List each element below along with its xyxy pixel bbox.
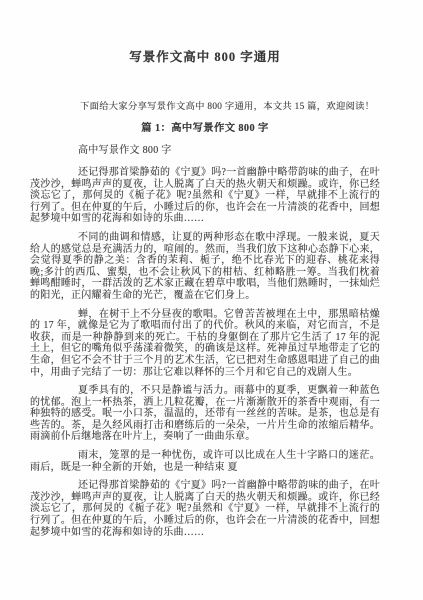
intro-text: 下面给大家分享写景作文高中 800 字通用，本文共 15 篇，欢迎阅读！ <box>30 101 380 113</box>
essay-paragraph: 还记得那首梁静茹的《宁夏》吗?一首幽静中略带韵味的曲子，在叶茂沙沙，蝉鸣声声的夏… <box>30 480 380 538</box>
essay-paragraph: 还记得那首梁静茹的《宁夏》吗?一首幽静中略带韵味的曲子，在叶茂沙沙，蝉鸣声声的夏… <box>30 167 380 225</box>
essay-paragraph: 不同的曲调和情感，让夏的两种形态在歌中浮现。一般来说，夏天给人的感觉总是充满活力… <box>30 232 380 302</box>
essay-paragraph: 雨末，笼罩的是一种忧伤，或许可以比成在人生十字路口的迷茫。雨后，既是一种全新的开… <box>30 450 380 473</box>
essay-title: 写景作文高中 800 字通用 <box>30 50 380 65</box>
essay-body: 还记得那首梁静茹的《宁夏》吗?一首幽静中略带韵味的曲子，在叶茂沙沙，蝉鸣声声的夏… <box>30 167 380 538</box>
essay-paragraph: 夏季具有的，不只是静谧与活力。雨幕中的夏季，更飘着一种蓝色的忧郁。泡上一杯热茶，… <box>30 385 380 443</box>
essay-paragraph: 蝉，在树干上不分昼夜的歌唱。它曾苦苦被埋在土中，那黑暗枯燥的 17 年，就像是它… <box>30 309 380 379</box>
document-page: 写景作文高中 800 字通用 下面给大家分享写景作文高中 800 字通用，本文共… <box>0 0 423 600</box>
section-heading: 篇 1：高中写景作文 800 字 <box>30 123 380 135</box>
essay-subtitle: 高中写景作文 800 字 <box>30 145 380 157</box>
